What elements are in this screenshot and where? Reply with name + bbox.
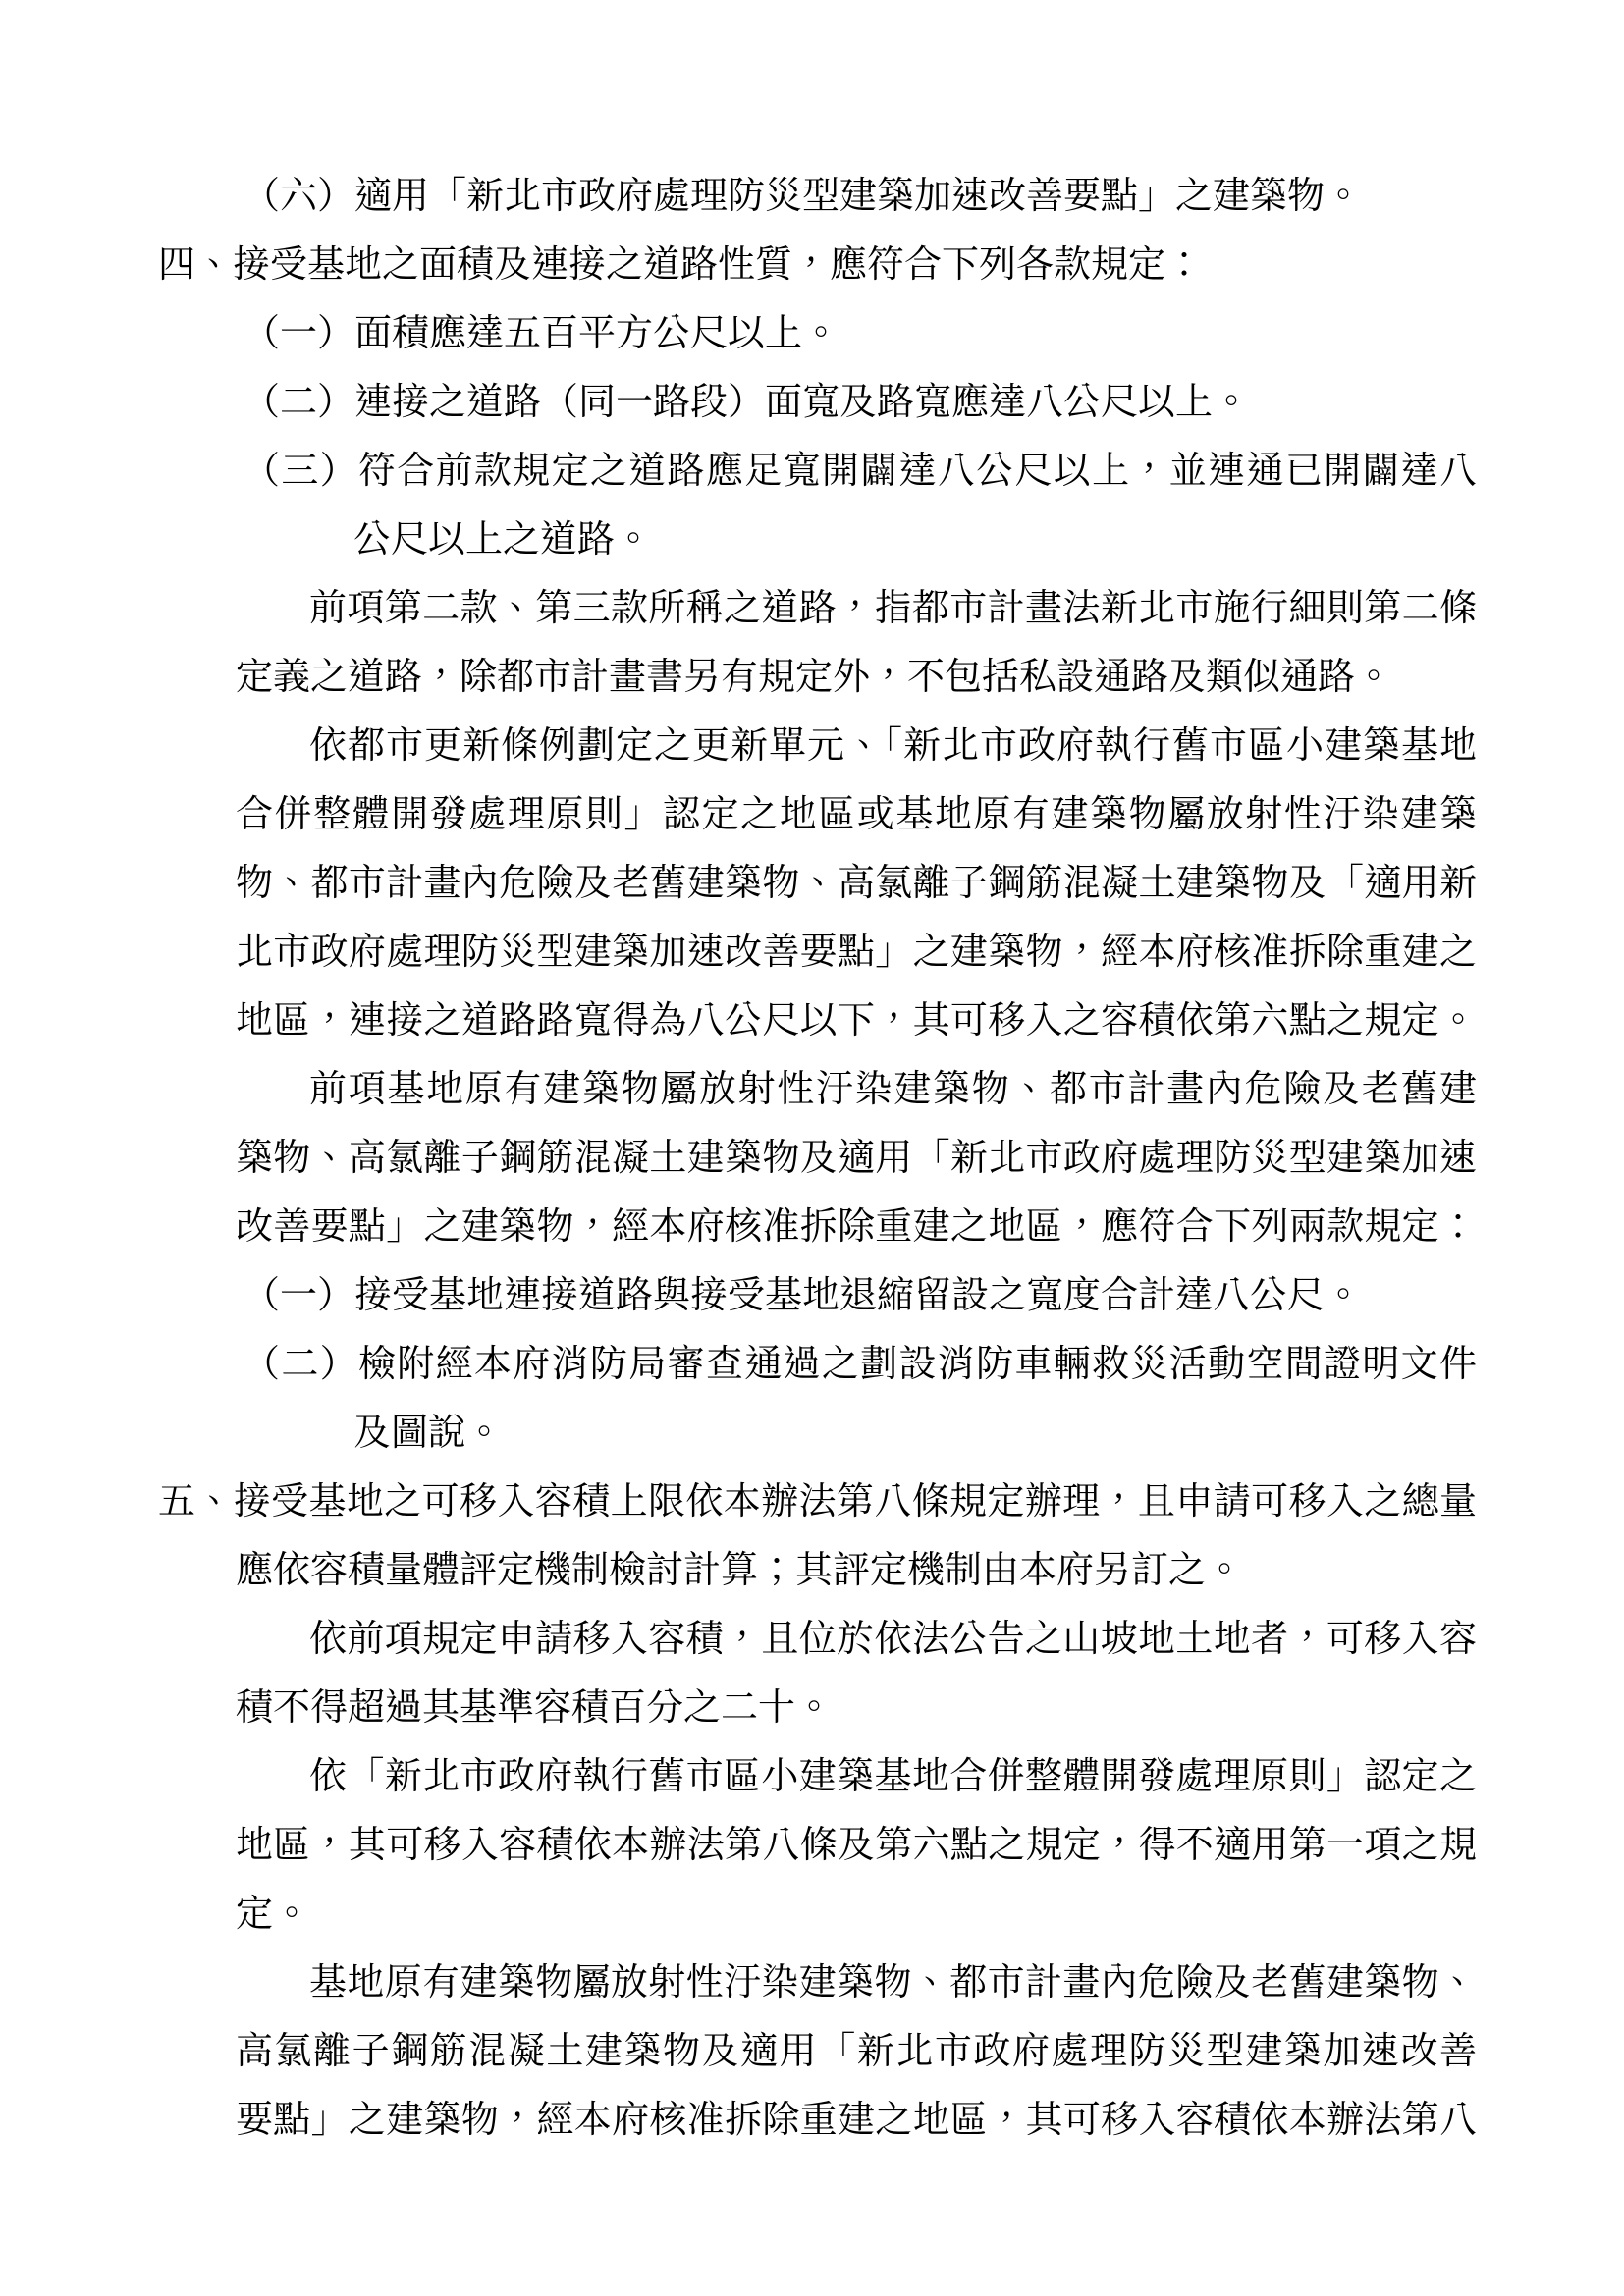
document-line: 五、接受基地之可移入容積上限依本辦法第八條規定辦理，且申請可移入之總量	[158, 1467, 1477, 1535]
document-line: 四、接受基地之面積及連接之道路性質，應符合下列各款規定：	[158, 230, 1477, 298]
document-line: 公尺以上之道路。	[353, 505, 1477, 573]
document-line: （一）接受基地連接道路與接受基地退縮留設之寬度合計達八公尺。	[243, 1260, 1477, 1329]
document-line: （二）檢附經本府消防局審查通過之劃設消防車輛救災活動空間證明文件	[243, 1329, 1477, 1398]
document-line: 依都市更新條例劃定之更新單元、「新北市政府執行舊市區小建築基地	[309, 711, 1477, 779]
document-line: 及圖說。	[353, 1398, 1477, 1467]
document-line: 基地原有建築物屬放射性汙染建築物、都市計畫內危險及老舊建築物、	[309, 1948, 1477, 2016]
document-line: 積不得超過其基準容積百分之二十。	[236, 1673, 1477, 1741]
document-line: （一）面積應達五百平方公尺以上。	[243, 298, 1477, 367]
document-line: 應依容積量體評定機制檢討計算；其評定機制由本府另訂之。	[236, 1535, 1477, 1604]
document-line: 前項第二款、第三款所稱之道路，指都市計畫法新北市施行細則第二條	[309, 573, 1477, 642]
document-line: 地區，其可移入容積依本辦法第八條及第六點之規定，得不適用第一項之規	[236, 1810, 1477, 1879]
document-line: 高氯離子鋼筋混凝土建築物及適用「新北市政府處理防災型建築加速改善	[236, 2016, 1477, 2085]
document-line: 前項基地原有建築物屬放射性汙染建築物、都市計畫內危險及老舊建	[309, 1054, 1477, 1123]
document-line: （三）符合前款規定之道路應足寬開闢達八公尺以上，並連通已開闢達八	[243, 436, 1477, 505]
document-line: 定。	[236, 1879, 1477, 1948]
document-page: （六）適用「新北市政府處理防災型建築加速改善要點」之建築物。 四、接受基地之面積…	[0, 0, 1624, 2296]
document-line: 物、都市計畫內危險及老舊建築物、高氯離子鋼筋混凝土建築物及「適用新	[236, 848, 1477, 917]
document-line: 依前項規定申請移入容積，且位於依法公告之山坡地土地者，可移入容	[309, 1604, 1477, 1673]
document-line: （二）連接之道路（同一路段）面寬及路寬應達八公尺以上。	[243, 367, 1477, 436]
document-line: 合併整體開發處理原則」認定之地區或基地原有建築物屬放射性汙染建築	[236, 779, 1477, 848]
document-line: 依「新北市政府執行舊市區小建築基地合併整體開發處理原則」認定之	[309, 1741, 1477, 1810]
document-text-block: （六）適用「新北市政府處理防災型建築加速改善要點」之建築物。 四、接受基地之面積…	[0, 161, 1624, 2154]
document-line: 要點」之建築物，經本府核准拆除重建之地區，其可移入容積依本辦法第八	[236, 2085, 1477, 2154]
document-line: 北市政府處理防災型建築加速改善要點」之建築物，經本府核准拆除重建之	[236, 917, 1477, 986]
document-line: 築物、高氯離子鋼筋混凝土建築物及適用「新北市政府處理防災型建築加速	[236, 1123, 1477, 1192]
document-line: 地區，連接之道路路寬得為八公尺以下，其可移入之容積依第六點之規定。	[236, 986, 1477, 1054]
document-line: 定義之道路，除都市計畫書另有規定外，不包括私設通路及類似通路。	[236, 642, 1477, 711]
document-line: 改善要點」之建築物，經本府核准拆除重建之地區，應符合下列兩款規定：	[236, 1192, 1477, 1260]
document-line: （六）適用「新北市政府處理防災型建築加速改善要點」之建築物。	[243, 161, 1477, 230]
